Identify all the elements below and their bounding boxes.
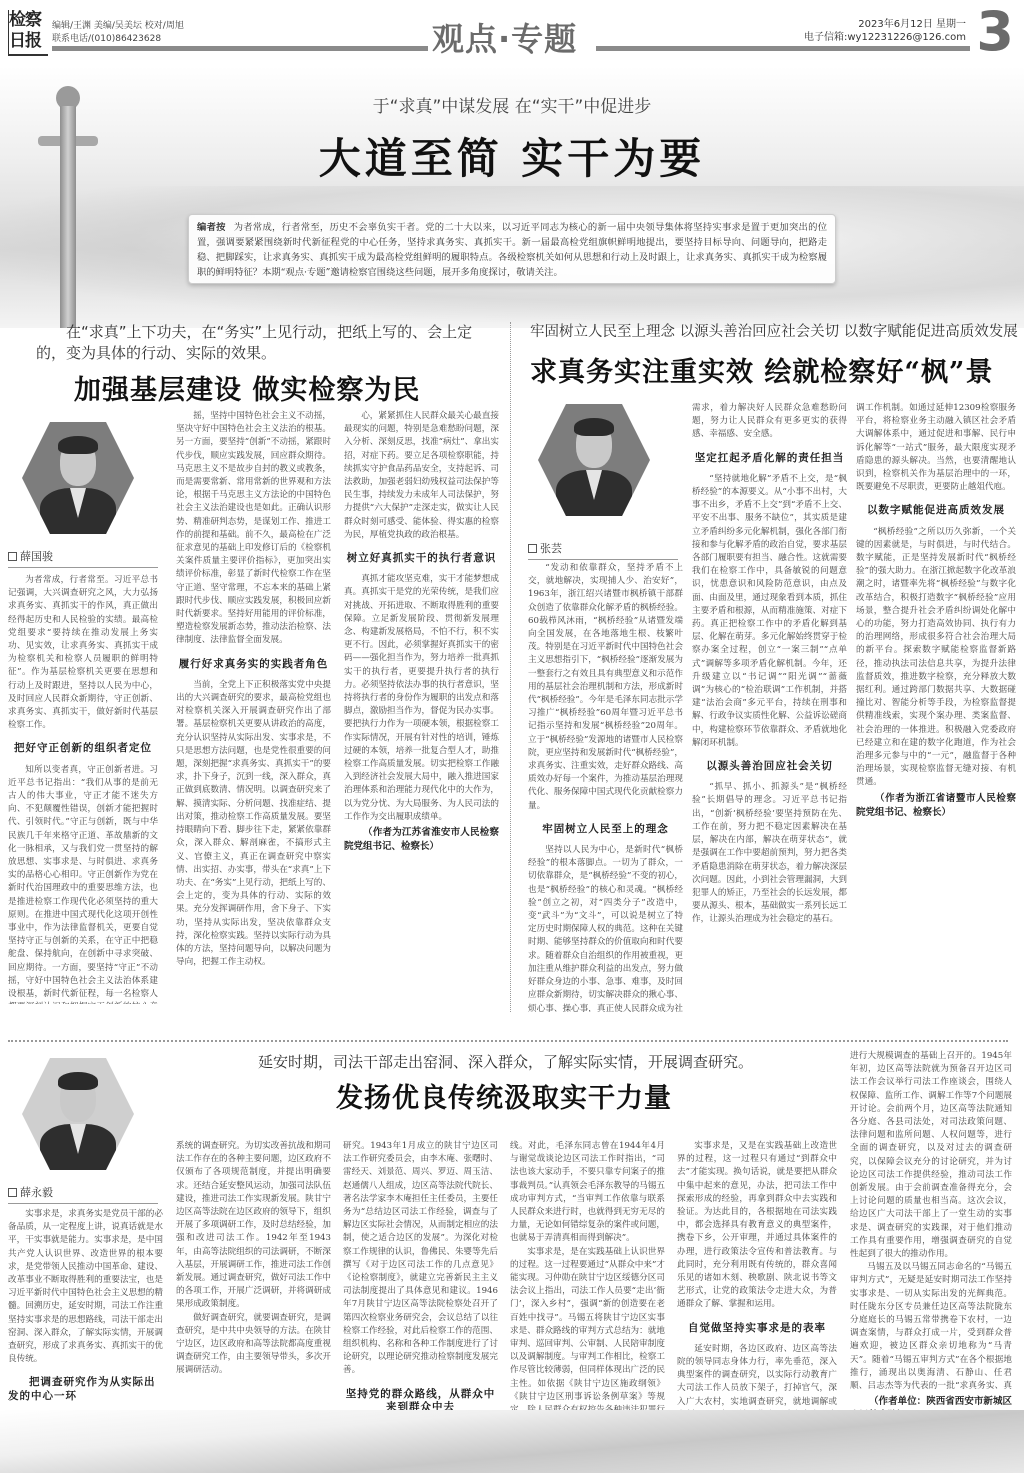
article-2: 牢固树立人民至上理念 以源头善治回应社会关切 以数字赋能促进高质效发展 求真务实… <box>516 322 1024 1012</box>
article-3-body-4: 线。对此，毛泽东同志曾在1944年4月与谢觉哉谈论边区司法工作时指出，“司法也该… <box>510 1140 665 1246</box>
article-1-body-2: 摇，坚持中国特色社会主义不动摇，坚决守好中国特色社会主义法治的根基。另一方面，要… <box>176 410 331 648</box>
editorial-credits: 编辑/王渊 美编/吴美坛 校对/周旭 联系电话/(010)86423628 <box>52 20 184 46</box>
article-1-body-3: 心，紧紧抓住人民群众最关心最直接最现实的问题，特别是急难愁盼问题，深入分析、深刻… <box>344 410 499 542</box>
author-portrait <box>22 1058 134 1170</box>
article-1-intro: 为者常成，行者常至。习近平总书记强调，大兴调查研究之风，大力弘扬求真务实、真抓实… <box>8 574 158 732</box>
header-rule-right <box>596 46 970 51</box>
author-byline: 薛国骏 <box>8 548 158 568</box>
banner-title: 大道至简 实干为要 <box>0 126 1024 186</box>
editor-note: 编者按为者常成，行者常至，历史不会辜负实干者。党的二十大以来，以习近平同志为核心… <box>188 214 836 284</box>
article-2-body-2b: “坚持就地化解”矛盾不上交，是“枫桥经验”的本源要义。从“小事不出村，大事不出乡… <box>692 473 847 750</box>
article-1-column-2: 摇，坚持中国特色社会主义不动摇，坚决守好中国特色社会主义法治的根基。另一方面，要… <box>176 410 331 1004</box>
article-1-kicker: 在“求真”上下功夫，在“务实”上见行动，把纸上写的、会上定的，变为具体的行动、实… <box>36 322 476 364</box>
editors-line: 编辑/王渊 美编/吴美坛 校对/周旭 <box>52 20 184 33</box>
article-3-body-6b: 马锡五及以马锡五同志命名的“马锡五审判方式”，无疑是延安时期司法工作坚持实事求是… <box>850 1261 1012 1393</box>
section-divider <box>8 1040 1008 1042</box>
article-2-author-unit: （作者为浙江省诸暨市人民检察院党组书记、检察长） <box>856 792 1016 820</box>
article-1-body-2b: 当前，全党上下正积极落实党中央提出的大兴调查研究的要求，最高检党组也对检察机关深… <box>176 679 331 969</box>
article-1-column-3: 心，紧紧抓住人民群众最关心最直接最现实的问题，特别是急难愁盼问题，深入分析、深刻… <box>344 410 499 1010</box>
section-title: 观点·专题 <box>432 14 577 60</box>
issue-date: 2023年6月12日 星期一 <box>804 18 966 31</box>
article-3-subhead-3: 自觉做坚持实事求是的表率 <box>677 1322 837 1335</box>
article-2-column-1: “发动和依靠群众，坚持矛盾不上交，就地解决，实现捕人少、治安好”，1963年，浙… <box>528 562 683 1012</box>
article-1-headline: 加强基层建设 做实检察为民 <box>74 368 420 407</box>
page-number: 3 <box>976 4 1014 60</box>
column-divider <box>510 322 511 1012</box>
article-3-body-5: 实事求是，又是在实践基础上改造世界的过程，这一过程只有通过“到群众中去”才能实现… <box>677 1140 837 1312</box>
article-1-body-1: 知所以变者真，守正创新者进。习近平总书记指出：“我们从事的是前无古人的伟大事业，… <box>8 764 158 1004</box>
article-3-body-2: 系统的调查研究。为切实改善抗战和期司法工作存在的各种主要问题，边区政府不仅颁布了… <box>176 1140 331 1312</box>
article-2-subhead-1: 坚定扛起矛盾化解的责任担当 <box>692 452 847 465</box>
square-icon <box>8 1188 17 1197</box>
decorative-wave-footer <box>0 1410 1024 1473</box>
masthead: 检察日报 编辑/王渊 美编/吴美坛 校对/周旭 联系电话/(010)864236… <box>0 0 1024 62</box>
banner-subtitle: 于“求真”中谋发展 在“实干”中促进步 <box>0 92 1024 117</box>
article-2-column-2: 需求，着力解决好人民群众急难愁盼问题，努力让人民群众有更多更实的获得感、幸福感、… <box>692 402 847 1012</box>
article-2-subhead-2: 牢固树立人民至上的理念 <box>528 823 683 836</box>
feature-banner: 于“求真”中谋发展 在“实干”中促进步 大道至简 实干为要 编者按为者常成，行者… <box>0 66 1024 328</box>
article-1-column-1: 为者常成，行者常至。习近平总书记强调，大兴调查研究之风，大力弘扬求真务实、真抓实… <box>8 574 158 1004</box>
article-3-body-2b: 做好调查研究，就要调查研究，是调查研究，是中共中央领导的方法。在陕甘宁边区，边区… <box>176 1312 331 1378</box>
contact-email: 电子信箱:wy12231226@126.com <box>804 31 966 44</box>
dateline: 2023年6月12日 星期一 电子信箱:wy12231226@126.com <box>804 18 966 44</box>
article-2-body-3: 调工作机制。如通过延伸12309检察服务平台，将检察业务主动融入镇区社会矛盾大调… <box>856 402 1016 494</box>
phone-line: 联系电话/(010)86423628 <box>52 33 184 46</box>
editor-note-text: 为者常成，行者常至，历史不会辜负实干者。党的二十大以来，以习近平同志为核心的新一… <box>197 222 827 278</box>
article-2-column-3: 调工作机制。如通过延伸12309检察服务平台，将检察业务主动融入镇区社会矛盾大调… <box>856 402 1016 1002</box>
article-3-body-3: 研究。1943年1月成立的陕甘宁边区司法工作研究委员会，由李木庵、张曙时、雷经天… <box>343 1140 498 1378</box>
article-2-headline: 求真务实注重实效 绘就检察好“枫”景 <box>530 350 993 389</box>
editor-note-label: 编者按 <box>197 222 226 233</box>
square-icon <box>8 552 17 561</box>
author-byline: 张芸 <box>528 540 678 560</box>
article-1-subhead-2: 履行好求真务实的实践者角色 <box>176 658 331 671</box>
article-3-column-1: 实事求是，求真务实是党员干部的必备品质，从一定程度上讲，说真话就是水平，干实事就… <box>8 1208 163 1418</box>
square-icon <box>528 544 537 553</box>
article-2-kicker: 牢固树立人民至上理念 以源头善治回应社会关切 以数字赋能促进高质效发展 <box>530 322 1020 343</box>
article-1-subhead-1: 把好守正创新的组织者定位 <box>8 742 158 755</box>
article-2-subhead-3: 以源头善治回应社会关切 <box>692 760 847 773</box>
article-2-body-1: “发动和依靠群众，坚持矛盾不上交，就地解决，实现捕人少、治安好”，1963年，浙… <box>528 562 683 813</box>
article-1-author-unit: （作者为江苏省淮安市人民检察院党组书记、检察长） <box>344 826 499 854</box>
author-portrait <box>538 404 650 516</box>
article-3-headline: 发扬优良传统汲取实干力量 <box>336 1076 672 1115</box>
article-3-body-6: 进行大规模调查的基础上召开的。1945年年初，边区高等法院就为预备召开边区司法工… <box>850 1050 1012 1261</box>
article-3-column-6: 进行大规模调查的基础上召开的。1945年年初，边区高等法院就为预备召开边区司法工… <box>850 1050 1012 1420</box>
author-byline: 薛永毅 <box>8 1184 158 1204</box>
article-1: 在“求真”上下功夫，在“务实”上见行动，把纸上写的、会上定的，变为具体的行动、实… <box>0 322 505 1012</box>
article-3-kicker: 延安时期，司法干部走出窑洞、深入群众，了解实际实情，开展调查研究。 <box>258 1052 858 1073</box>
article-1-body-3b: 真抓才能攻坚克难，实干才能梦想成真。真抓实干是党的光荣传统，是我们应对挑战、开拓… <box>344 573 499 824</box>
article-3-subhead-1: 把调查研究作为从实际出发的中心一环 <box>8 1376 163 1402</box>
header-rule-left <box>52 46 428 51</box>
article-2-body-1b: 坚持以人民为中心，是新时代“枫桥经验”的根本落脚点。一切为了群众，一切依靠群众，… <box>528 844 683 1012</box>
article-2-body-2c: “抓早、抓小、抓源头”是“枫桥经验”长期倡导的理念。习近平总书记指出，“创新‘枫… <box>692 781 847 926</box>
article-2-body-2: 需求，着力解决好人民群众急难愁盼问题，努力让人民群众有更多更实的获得感、幸福感、… <box>692 402 847 442</box>
article-2-subhead-4: 以数字赋能促进高质效发展 <box>856 504 1016 517</box>
article-2-body-3b: “枫桥经验”之所以历久弥新，一个关键的因素就是，与时俱进，与时代结合。数字赋能，… <box>856 526 1016 790</box>
article-3-intro: 实事求是，求真务实是党员干部的必备品质，从一定程度上讲，说真话就是水平，干实事就… <box>8 1208 163 1366</box>
author-portrait <box>22 422 134 534</box>
article-1-subhead-3: 树立好真抓实干的执行者意识 <box>344 552 499 565</box>
newspaper-logo: 检察日报 <box>8 10 48 56</box>
